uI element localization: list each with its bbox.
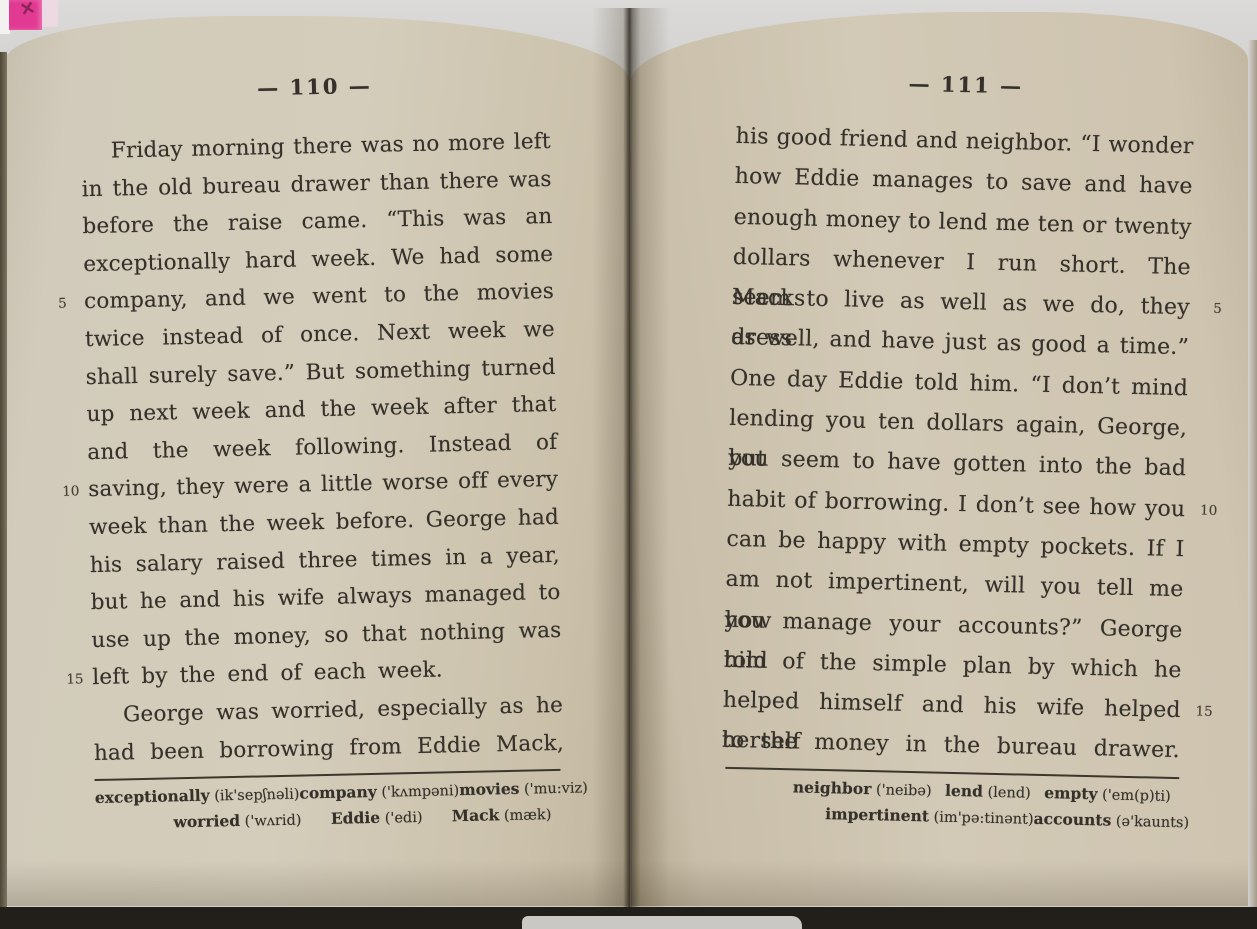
vocab-entry: company ('kʌmpəni) [299, 780, 459, 802]
vocab-word: Mack [452, 805, 500, 825]
margin-line-number: 5 [1213, 301, 1222, 317]
vocab-pronunciation: ('wʌrid) [240, 813, 302, 830]
vocab-pronunciation: (lend) [983, 785, 1031, 802]
vocab-word: impertinent [825, 804, 929, 825]
vocab-word: neighbor [793, 777, 872, 798]
table-surface-glimpse [522, 916, 802, 929]
vocab-row: neighbor ('neibə)lend (lend)empty ('em(p… [721, 776, 1179, 805]
sticky-note: + [9, 0, 42, 30]
vocab-entry: exceptionally (ik'sepʃnəli) [95, 784, 300, 807]
vocab-word: lend [945, 781, 983, 801]
vocab-entry: movies ('mu:viz) [459, 777, 588, 799]
book-bottom-edge [0, 907, 1257, 929]
vocab-word: Eddie [331, 808, 381, 828]
vocab-pronunciation: ('neibə) [871, 782, 932, 799]
vocab-pronunciation: (mæk) [499, 807, 551, 824]
vocab-pronunciation: (im'pə:tinənt) [929, 809, 1034, 827]
book-left-edge [0, 52, 7, 908]
page-111-print-area: — 111 — his good friend and neighbor. “I… [719, 67, 1195, 885]
vocab-pronunciation: ('kʌmpəni) [377, 783, 460, 801]
vocab-entry: impertinent (im'pə:tinənt) [825, 804, 1034, 828]
vocab-entry: accounts (ə'kaunts) [1033, 809, 1189, 832]
vocab-row: exceptionally (ik'sepʃnəli)company ('kʌm… [95, 778, 565, 807]
vocab-entry: lend (lend) [945, 781, 1031, 802]
vocab-pronunciation: ('mu:viz) [519, 780, 588, 797]
vocab-entry: worried ('wʌrid) [173, 810, 301, 832]
page-111-vocabulary-footnote: neighbor ('neibə)lend (lend)empty ('em(p… [720, 767, 1179, 831]
page-110-body-text: Friday morning there was no more leftin … [80, 123, 564, 772]
vocab-word: accounts [1033, 809, 1111, 830]
page-111-body-text: his good friend and neighbor. “I wonderh… [721, 117, 1194, 772]
margin-line-number: 5 [58, 296, 67, 312]
vocab-entry: Eddie ('edi) [331, 807, 423, 828]
vocab-row: worried ('wʌrid)Eddie ('edi)Mack (mæk) [95, 804, 565, 833]
vocab-pronunciation: (ə'kaunts) [1111, 814, 1189, 832]
sticky-note-handwritten-mark: + [13, 0, 42, 24]
margin-line-number: 15 [1195, 704, 1213, 720]
margin-line-number: 10 [1200, 502, 1218, 518]
vocab-entry: Mack (mæk) [452, 804, 552, 825]
vocab-pronunciation: ('em(p)ti) [1097, 787, 1171, 805]
page-110-print-area: — 110 — Friday morning there was no more… [79, 69, 566, 885]
vocab-entry: neighbor ('neibə) [793, 777, 932, 799]
book-right-edge [1248, 40, 1257, 908]
vocab-pronunciation: (ik'sepʃnəli) [210, 787, 300, 805]
vocab-row: impertinent (im'pə:tinənt)accounts (ə'ka… [720, 802, 1178, 831]
sticky-note-pale-tab [42, 0, 58, 27]
vocab-word: company [299, 782, 377, 803]
margin-line-number: 15 [66, 672, 84, 688]
vocab-entry: empty ('em(p)ti) [1044, 783, 1171, 805]
page-110-vocabulary-footnote: exceptionally (ik'sepʃnəli)company ('kʌm… [95, 769, 566, 833]
vocab-word: worried [173, 811, 240, 831]
vocab-word: movies [459, 779, 520, 799]
vocab-pronunciation: ('edi) [380, 810, 423, 827]
margin-line-number: 10 [62, 484, 80, 500]
vocab-word: empty [1044, 783, 1098, 803]
vocab-word: exceptionally [95, 786, 210, 807]
book-photo-backdrop: + — 110 — Friday morning there was no mo… [0, 0, 1257, 929]
